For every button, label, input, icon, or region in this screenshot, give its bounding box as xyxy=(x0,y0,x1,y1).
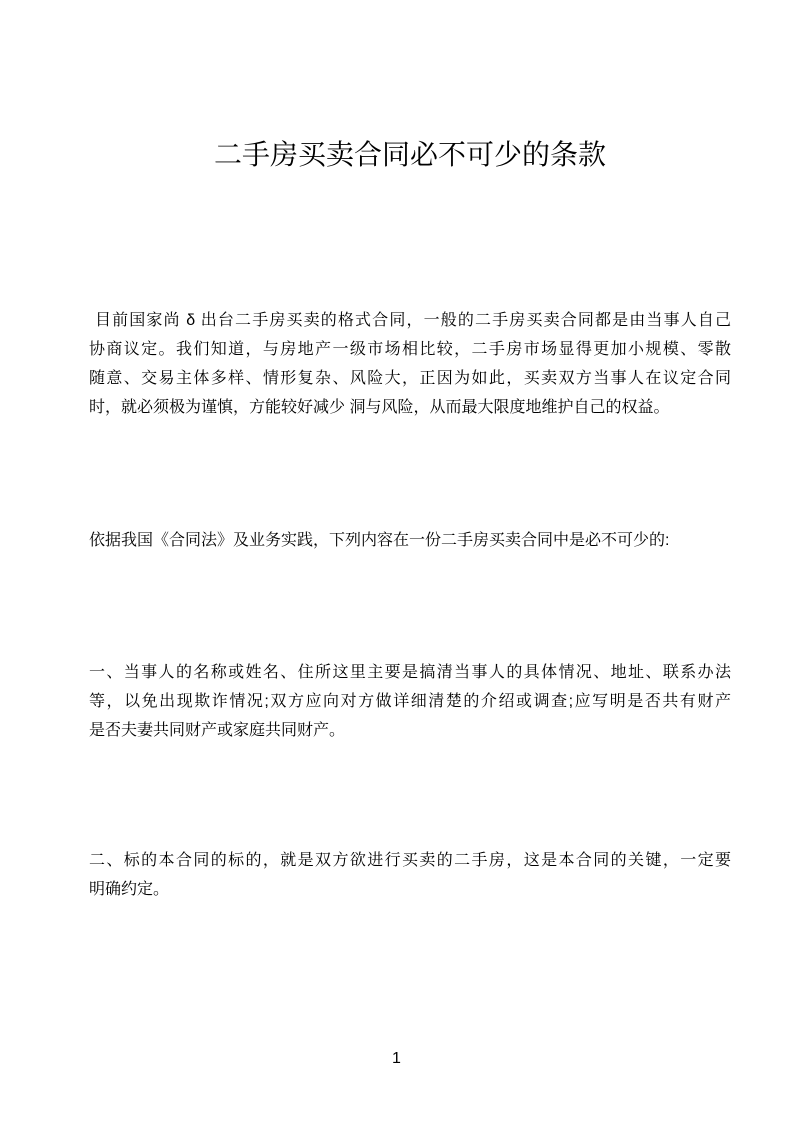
page-number: 1 xyxy=(0,1048,793,1070)
text-line: 时，就必须极为谨慎，方能较好减少 洞与风险，从而最大限度地维护自己的权益。 xyxy=(89,393,731,422)
text-line: 目前国家尚 δ 出台二手房买卖的格式合同，一般的二手房买卖合同都是由当事人自己 xyxy=(89,306,731,335)
text-line: 协商议定。我们知道，与房地产一级市场相比较，二手房市场显得更加小规模、零散 xyxy=(89,335,731,364)
text-line: 二、标的本合同的标的，就是双方欲进行买卖的二手房，这是本合同的关键，一定要 xyxy=(89,846,731,875)
text-line: 是否夫妻共同财产或家庭共同财产。 xyxy=(89,716,731,745)
paragraph-intro: 目前国家尚 δ 出台二手房买卖的格式合同，一般的二手房买卖合同都是由当事人自己 … xyxy=(89,306,731,422)
paragraph-basis: 依据我国《合同法》及业务实践，下列内容在一份二手房买卖合同中是必不可少的: xyxy=(89,526,731,555)
document-page: 二手房买卖合同必不可少的条款 目前国家尚 δ 出台二手房买卖的格式合同，一般的二… xyxy=(0,0,793,1122)
text-line: 随意、交易主体多样、情形复杂、风险大，正因为如此，买卖双方当事人在议定合同 xyxy=(89,364,731,393)
text-line: 等，以免出现欺诈情况;双方应向对方做详细清楚的介绍或调查;应写明是否共有财产 xyxy=(89,687,731,716)
text-line: 明确约定。 xyxy=(89,875,731,904)
paragraph-item-2: 二、标的本合同的标的，就是双方欲进行买卖的二手房，这是本合同的关键，一定要 明确… xyxy=(89,846,731,904)
text-line: 依据我国《合同法》及业务实践，下列内容在一份二手房买卖合同中是必不可少的: xyxy=(89,526,731,555)
paragraph-item-1: 一、当事人的名称或姓名、住所这里主要是搞清当事人的具体情况、地址、联系办法 等，… xyxy=(89,658,731,745)
text-line: 一、当事人的名称或姓名、住所这里主要是搞清当事人的具体情况、地址、联系办法 xyxy=(89,658,731,687)
document-title: 二手房买卖合同必不可少的条款 xyxy=(89,138,731,172)
